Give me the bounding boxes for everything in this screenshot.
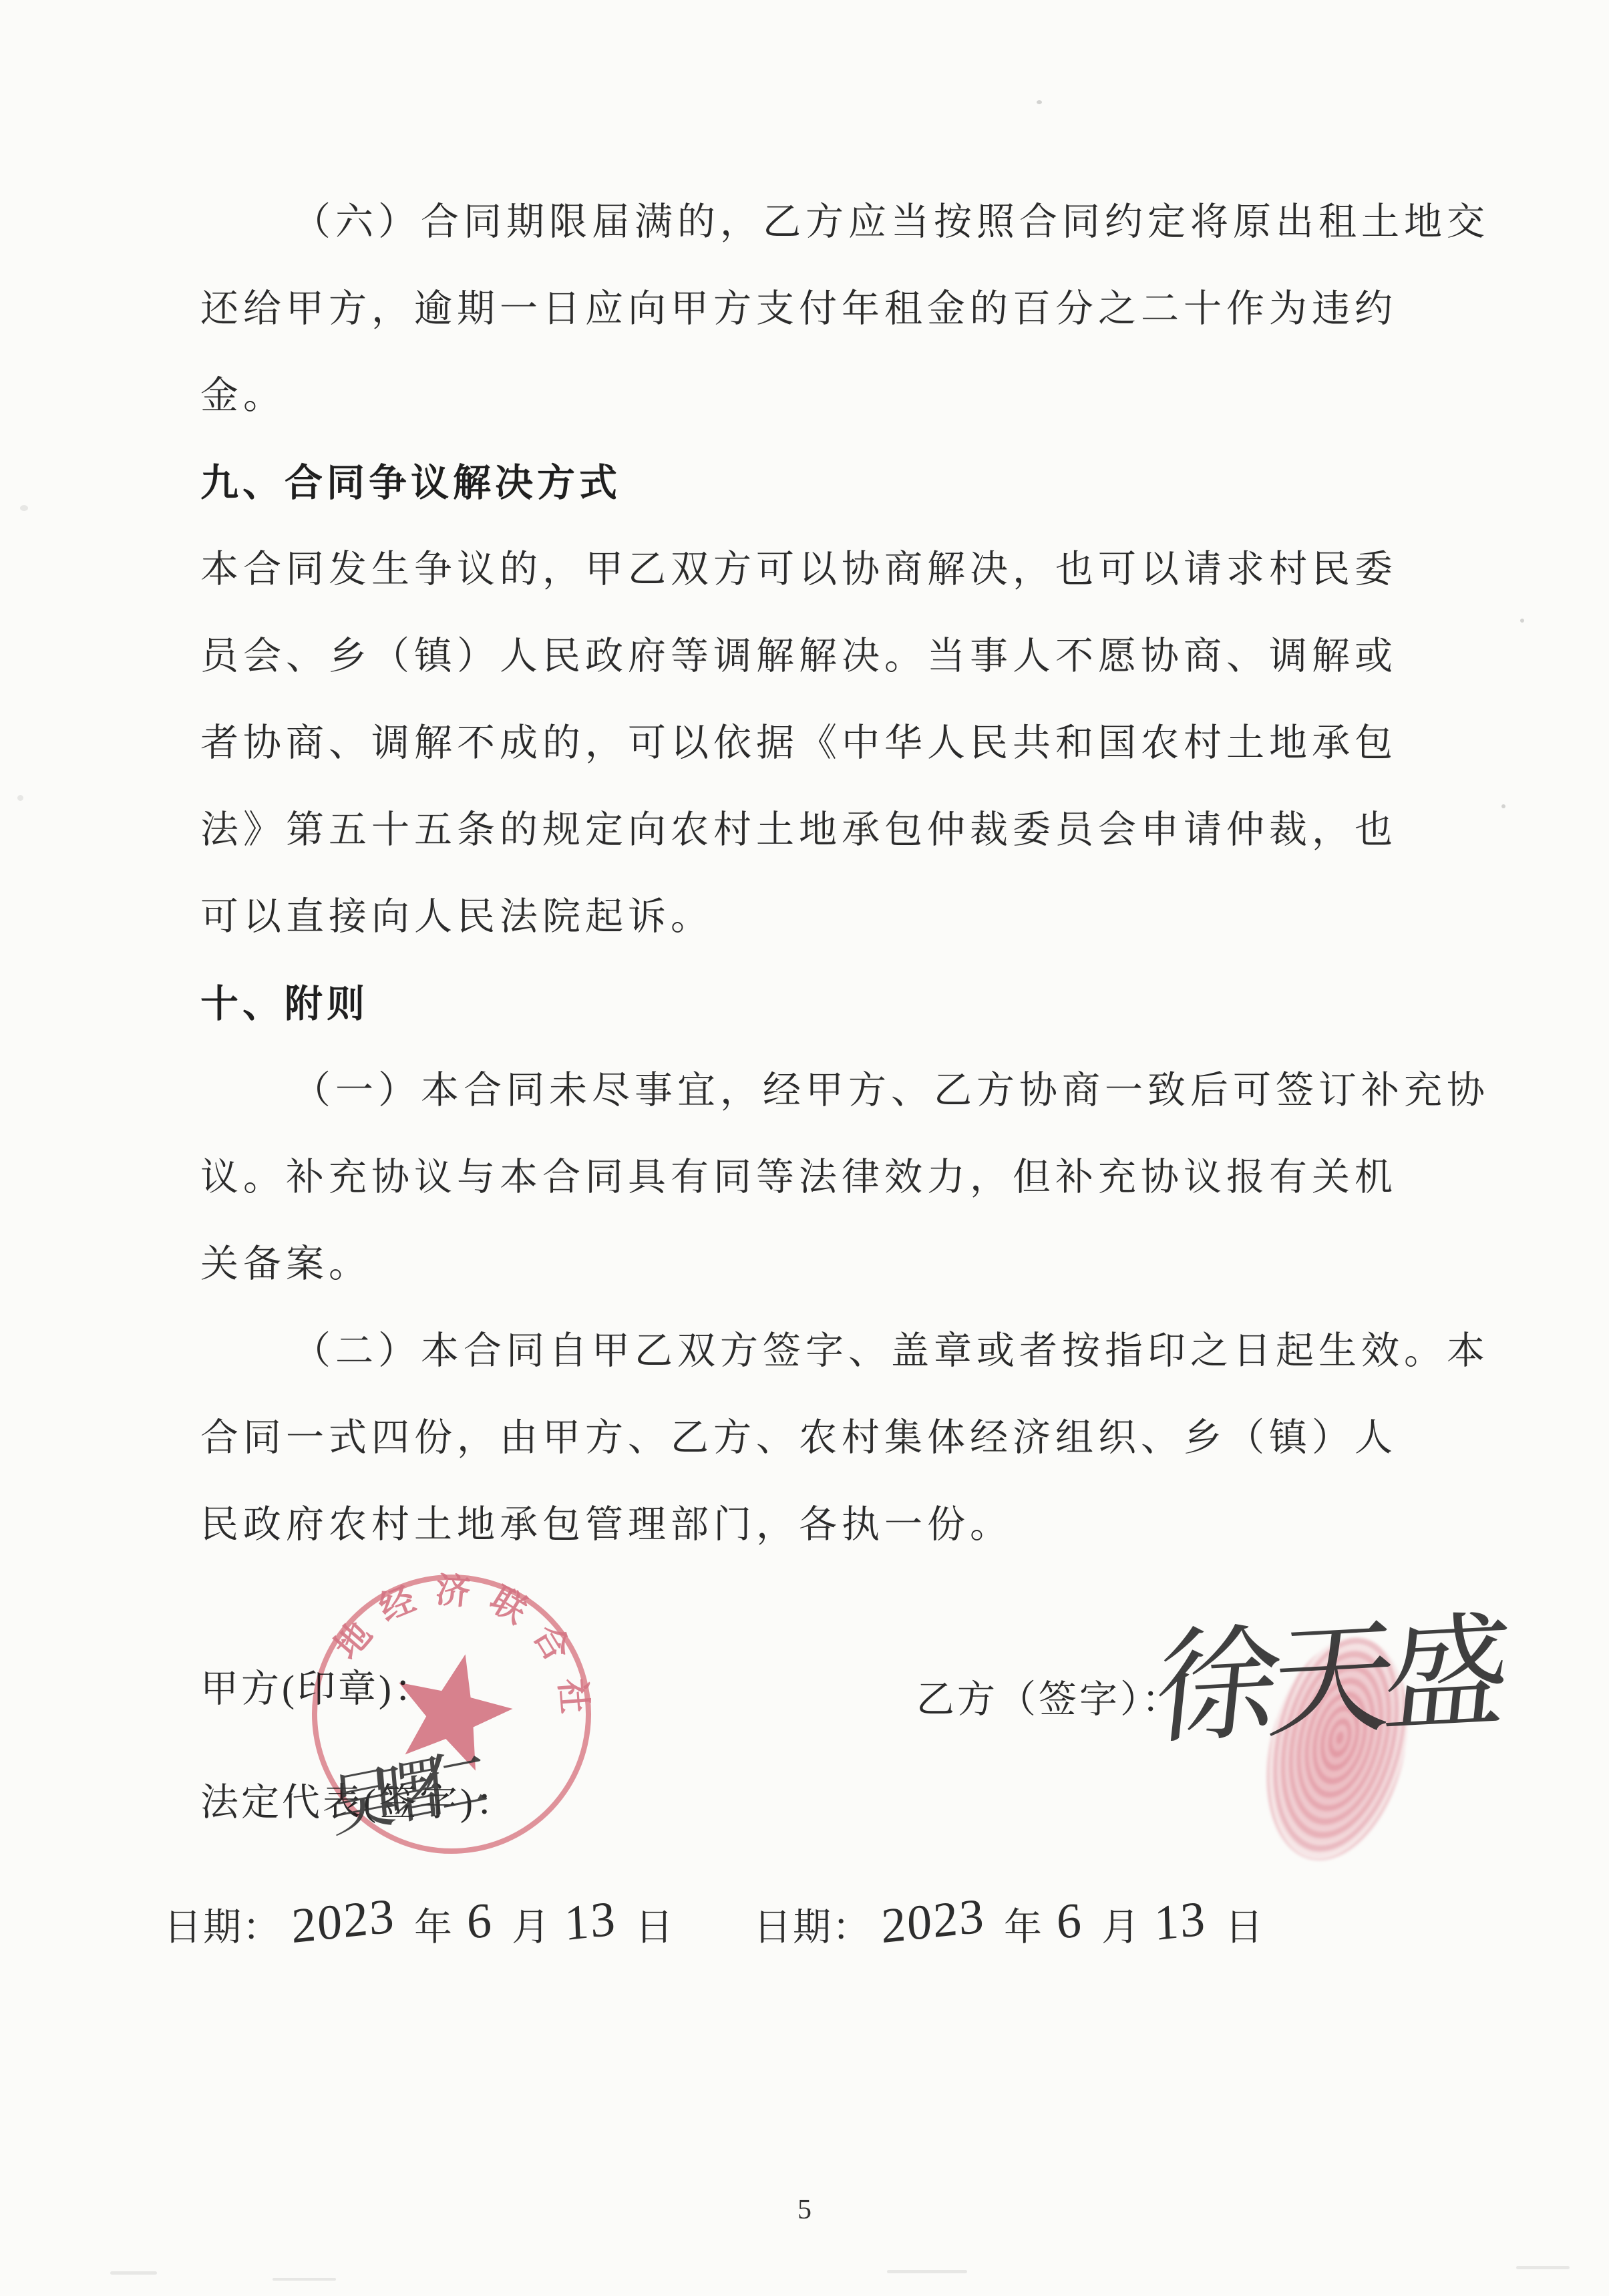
contract-line: 合同一式四份，由甲方、乙方、农村集体经济组织、乡（镇）人 bbox=[200, 1395, 1530, 1482]
official-seal-stamp: 地经济联合社 bbox=[277, 1540, 627, 1889]
date-day-handwritten: 13 bbox=[564, 1891, 618, 1953]
page-number: 5 bbox=[0, 2194, 1609, 2226]
date-label: 日期： bbox=[753, 1907, 872, 1949]
contract-line: 关备案。 bbox=[200, 1221, 1530, 1308]
scan-streak bbox=[1516, 2266, 1570, 2269]
date-day-unit: 日 bbox=[635, 1907, 675, 1949]
contract-line: （二）本合同自甲乙双方签字、盖章或者按指印之日起生效。本 bbox=[200, 1308, 1530, 1395]
contract-line: 本合同发生争议的，甲乙双方可以协商解决，也可以请求村民委 bbox=[200, 526, 1530, 613]
party-b-signature-handwriting: 徐天盛 bbox=[1147, 1571, 1511, 1769]
date-month-unit: 月 bbox=[1101, 1907, 1141, 1949]
scan-streak bbox=[110, 2271, 157, 2275]
date-year-unit: 年 bbox=[414, 1907, 454, 1949]
scanned-contract-page: { "page": { "number": "5", "paper_color"… bbox=[0, 0, 1609, 2296]
contract-line: 九、合同争议解决方式 bbox=[200, 440, 1530, 526]
contract-line: 可以直接向人民法院起诉。 bbox=[200, 874, 1530, 961]
date-year-handwritten: 2023 bbox=[880, 1888, 986, 1955]
party-b-date-row: 日期：2023年6月13日 bbox=[753, 1896, 1268, 1953]
contract-line: 议。补充协议与本合同具有同等法律效力，但补充协议报有关机 bbox=[200, 1134, 1530, 1221]
date-day-handwritten: 13 bbox=[1153, 1891, 1208, 1953]
scan-speck bbox=[1501, 804, 1505, 808]
contract-line: 十、附则 bbox=[200, 961, 1530, 1047]
contract-line: 法》第五十五条的规定向农村土地承包仲裁委员会申请仲裁，也 bbox=[200, 787, 1530, 874]
party-b-label: 乙方（签字）： bbox=[916, 1669, 1183, 1724]
contract-line: 还给甲方，逾期一日应向甲方支付年租金的百分之二十作为违约 bbox=[200, 266, 1530, 353]
scan-speck bbox=[20, 505, 28, 511]
date-year-unit: 年 bbox=[1004, 1907, 1043, 1949]
date-month-unit: 月 bbox=[512, 1907, 551, 1949]
date-label: 日期： bbox=[164, 1907, 282, 1949]
scan-streak bbox=[887, 2270, 967, 2273]
scan-speck bbox=[17, 795, 23, 801]
contract-line: 员会、乡（镇）人民政府等调解解决。当事人不愿协商、调解或 bbox=[200, 613, 1530, 700]
contract-line: （一）本合同未尽事宜，经甲方、乙方协商一致后可签订补充协 bbox=[200, 1047, 1530, 1134]
scan-streak bbox=[273, 2278, 336, 2281]
contract-line: （六）合同期限届满的，乙方应当按照合同约定将原出租土地交 bbox=[200, 179, 1530, 266]
contract-line: 者协商、调解不成的，可以依据《中华人民共和国农村土地承包 bbox=[200, 700, 1530, 787]
contract-line: 金。 bbox=[200, 353, 1530, 440]
date-month-handwritten: 6 bbox=[1056, 1892, 1084, 1951]
date-month-handwritten: 6 bbox=[466, 1892, 494, 1951]
contract-text: （六）合同期限届满的，乙方应当按照合同约定将原出租土地交还给甲方，逾期一日应向甲… bbox=[200, 179, 1530, 1569]
scan-speck bbox=[1037, 100, 1042, 104]
date-year-handwritten: 2023 bbox=[291, 1888, 396, 1955]
date-day-unit: 日 bbox=[1225, 1907, 1264, 1949]
party-a-date-row: 日期：2023年6月13日 bbox=[164, 1896, 679, 1953]
scan-speck bbox=[1520, 619, 1524, 623]
